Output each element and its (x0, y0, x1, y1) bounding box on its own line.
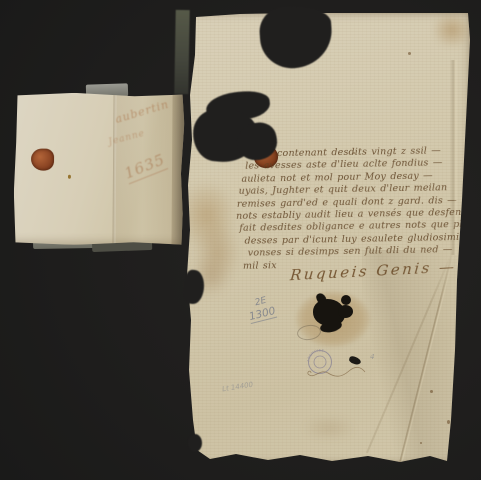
foxing-speck (430, 390, 433, 393)
ink-blot-lobe (338, 305, 353, 318)
foxing-speck (353, 152, 355, 154)
stain-bottom (302, 416, 356, 440)
pencil-mark-number: 1300 (248, 305, 277, 324)
page-edge-notch-bottom (188, 434, 202, 452)
stamp-ring-text: ARCHIVES (306, 348, 324, 362)
foxing-speck (420, 442, 422, 444)
water-stain-left-1 (178, 180, 236, 250)
ink-blot-lobe (341, 295, 351, 305)
fold-crease-vertical (450, 60, 458, 255)
svg-text:ARCHIVES: ARCHIVES (306, 348, 324, 362)
manuscript-text: contenant desdits vingt z ssil — les ave… (235, 145, 451, 273)
wax-seal-icon (31, 149, 54, 171)
stain-top-right (432, 12, 472, 48)
foxing-speck (447, 420, 450, 424)
fold-shading (362, 250, 472, 464)
foxing-speck (408, 52, 411, 55)
pencil-mark-small: 4 (370, 353, 374, 361)
archival-scan-background: aubertin Jeanne 1635 contenant desdits v… (0, 0, 481, 480)
cover-edge-crease (171, 94, 184, 246)
pen-flourish (305, 364, 369, 384)
cover-speck (68, 175, 71, 179)
pencil-mark-bottom: Lt 14400 (222, 381, 254, 394)
binding-edge (174, 10, 189, 94)
cover-sheet: aubertin Jeanne 1635 (13, 92, 184, 245)
document-page: contenant desdits vingt z ssil — les ave… (186, 12, 472, 464)
